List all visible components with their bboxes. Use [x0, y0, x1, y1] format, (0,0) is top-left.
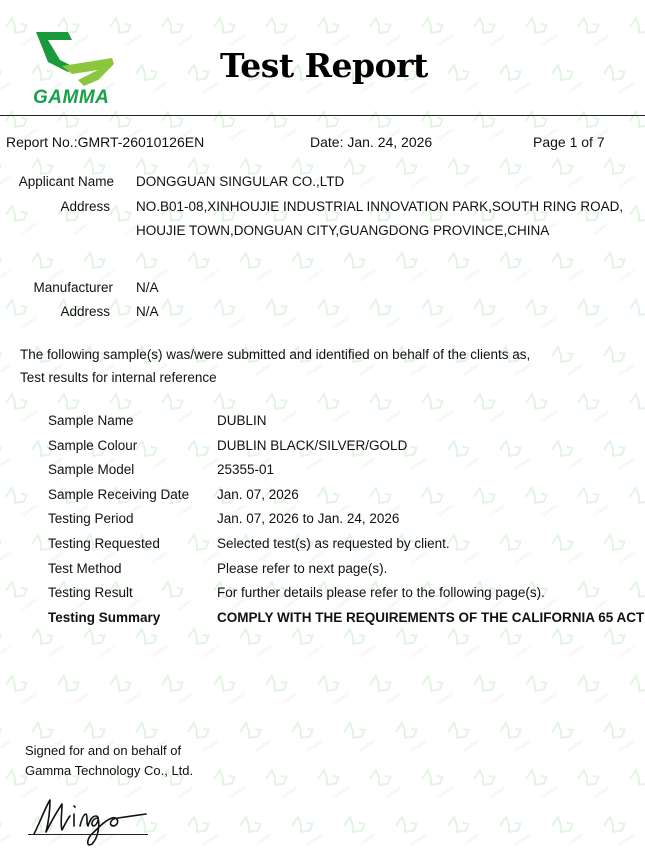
svg-text:GAMMA: GAMMA: [488, 409, 507, 425]
svg-text:GAMMA: GAMMA: [410, 738, 429, 754]
svg-text:GAMMA: GAMMA: [306, 738, 325, 754]
svg-text:GAMMA: GAMMA: [592, 221, 611, 237]
svg-text:GAMMA: GAMMA: [618, 738, 637, 754]
svg-text:GAMMA: GAMMA: [202, 738, 221, 754]
svg-text:GAMMA: GAMMA: [410, 0, 429, 2]
svg-text:GAMMA: GAMMA: [436, 127, 455, 143]
svg-text:GAMMA: GAMMA: [384, 691, 403, 707]
svg-text:GAMMA: GAMMA: [0, 362, 14, 378]
svg-text:GAMMA: GAMMA: [540, 33, 559, 49]
sample-row-value: Jan. 07, 2026: [217, 487, 299, 502]
svg-text:GAMMA: GAMMA: [280, 409, 299, 425]
intro-line2: Test results for internal reference: [20, 370, 217, 385]
svg-text:GAMMA: GAMMA: [20, 221, 39, 237]
svg-text:GAMMA: GAMMA: [254, 268, 273, 284]
svg-text:GAMMA: GAMMA: [98, 0, 117, 2]
sample-row-value: For further details please refer to the …: [217, 585, 545, 600]
svg-text:GAMMA: GAMMA: [20, 503, 39, 519]
svg-text:GAMMA: GAMMA: [410, 362, 429, 378]
signature-image: [28, 792, 158, 850]
svg-text:GAMMA: GAMMA: [358, 644, 377, 660]
svg-text:GAMMA: GAMMA: [98, 644, 117, 660]
sample-row-value: DUBLIN BLACK/SILVER/GOLD: [217, 438, 407, 453]
svg-text:GAMMA: GAMMA: [566, 644, 585, 660]
svg-text:GAMMA: GAMMA: [514, 0, 533, 2]
svg-text:GAMMA: GAMMA: [254, 0, 273, 2]
svg-text:GAMMA: GAMMA: [410, 832, 429, 848]
svg-text:GAMMA: GAMMA: [514, 80, 533, 96]
signature-line2: Gamma Technology Co., Ltd.: [25, 763, 193, 778]
svg-text:GAMMA: GAMMA: [592, 33, 611, 49]
svg-text:GAMMA: GAMMA: [514, 362, 533, 378]
sample-row-value: Selected test(s) as requested by client.: [217, 536, 450, 551]
sample-row-label: Testing Result: [48, 585, 133, 600]
svg-text:GAMMA: GAMMA: [462, 550, 481, 566]
svg-text:GAMMA: GAMMA: [540, 691, 559, 707]
svg-text:GAMMA: GAMMA: [0, 174, 14, 190]
sample-row-value: Please refer to next page(s).: [217, 561, 387, 576]
svg-text:GAMMA: GAMMA: [592, 691, 611, 707]
svg-text:GAMMA: GAMMA: [358, 174, 377, 190]
svg-text:GAMMA: GAMMA: [488, 315, 507, 331]
svg-text:GAMMA: GAMMA: [0, 550, 14, 566]
svg-text:GAMMA: GAMMA: [410, 644, 429, 660]
svg-text:GAMMA: GAMMA: [618, 174, 637, 190]
svg-text:GAMMA: GAMMA: [462, 644, 481, 660]
sample-row-value: 25355-01: [217, 462, 274, 477]
intro-line1: The following sample(s) was/were submitt…: [20, 347, 530, 362]
svg-text:GAMMA: GAMMA: [384, 785, 403, 801]
svg-text:GAMMA: GAMMA: [358, 0, 377, 2]
manufacturer-label: Manufacturer: [33, 280, 113, 295]
svg-text:GAMMA: GAMMA: [0, 456, 14, 472]
svg-text:GAMMA: GAMMA: [436, 33, 455, 49]
svg-text:GAMMA: GAMMA: [462, 268, 481, 284]
svg-text:GAMMA: GAMMA: [618, 550, 637, 566]
svg-text:GAMMA: GAMMA: [566, 0, 585, 2]
svg-text:GAMMA: GAMMA: [462, 174, 481, 190]
svg-text:GAMMA: GAMMA: [20, 409, 39, 425]
svg-text:GAMMA: GAMMA: [20, 597, 39, 613]
sample-row-label: Sample Model: [48, 462, 134, 477]
svg-text:GAMMA: GAMMA: [176, 785, 195, 801]
svg-text:GAMMA: GAMMA: [254, 738, 273, 754]
svg-text:GAMMA: GAMMA: [202, 80, 221, 96]
svg-text:GAMMA: GAMMA: [0, 268, 14, 284]
svg-text:GAMMA: GAMMA: [46, 0, 65, 2]
svg-text:GAMMA: GAMMA: [514, 644, 533, 660]
svg-text:GAMMA: GAMMA: [488, 33, 507, 49]
svg-text:GAMMA: GAMMA: [592, 503, 611, 519]
svg-text:GAMMA: GAMMA: [358, 738, 377, 754]
svg-text:GAMMA: GAMMA: [488, 503, 507, 519]
svg-text:GAMMA: GAMMA: [228, 691, 247, 707]
sample-row-label: Testing Period: [48, 511, 134, 526]
svg-text:GAMMA: GAMMA: [488, 785, 507, 801]
svg-text:GAMMA: GAMMA: [176, 691, 195, 707]
sample-row-label: Sample Receiving Date: [48, 487, 189, 502]
svg-text:GAMMA: GAMMA: [566, 80, 585, 96]
svg-text:GAMMA: GAMMA: [540, 503, 559, 519]
signature-line: [28, 834, 148, 835]
manufacturer-address-label: Address: [60, 304, 110, 319]
svg-text:GAMMA: GAMMA: [0, 738, 14, 754]
page-indicator: Page 1 of 7: [533, 134, 605, 150]
svg-text:GAMMA: GAMMA: [0, 0, 14, 2]
applicant-address-line1: NO.B01-08,XINHOUJIE INDUSTRIAL INNOVATIO…: [136, 199, 623, 214]
svg-text:GAMMA: GAMMA: [566, 362, 585, 378]
svg-text:GAMMA: GAMMA: [592, 785, 611, 801]
applicant-address-label: Address: [60, 199, 110, 214]
svg-text:GAMMA: GAMMA: [410, 174, 429, 190]
svg-text:GAMMA: GAMMA: [358, 832, 377, 848]
svg-text:GAMMA: GAMMA: [566, 268, 585, 284]
svg-text:GAMMA: GAMMA: [384, 315, 403, 331]
svg-text:GAMMA: GAMMA: [488, 127, 507, 143]
svg-text:GAMMA: GAMMA: [228, 127, 247, 143]
svg-text:GAMMA: GAMMA: [280, 785, 299, 801]
svg-text:GAMMA: GAMMA: [540, 409, 559, 425]
svg-text:GAMMA: GAMMA: [540, 785, 559, 801]
page-title: Test Report: [220, 46, 428, 85]
svg-text:GAMMA: GAMMA: [618, 362, 637, 378]
svg-text:GAMMA: GAMMA: [150, 80, 169, 96]
svg-text:GAMMA: GAMMA: [72, 221, 91, 237]
svg-text:GAMMA: GAMMA: [176, 315, 195, 331]
svg-text:GAMMA: GAMMA: [514, 174, 533, 190]
svg-text:GAMMA: GAMMA: [488, 691, 507, 707]
svg-text:GAMMA: GAMMA: [280, 691, 299, 707]
svg-text:GAMMA: GAMMA: [566, 174, 585, 190]
svg-text:GAMMA: GAMMA: [384, 409, 403, 425]
svg-text:GAMMA: GAMMA: [306, 0, 325, 2]
svg-text:GAMMA: GAMMA: [0, 80, 14, 96]
svg-text:GAMMA: GAMMA: [306, 362, 325, 378]
svg-text:GAMMA: GAMMA: [514, 456, 533, 472]
svg-text:GAMMA: GAMMA: [46, 644, 65, 660]
signature-line1: Signed for and on behalf of: [25, 743, 181, 758]
svg-text:GAMMA: GAMMA: [124, 691, 143, 707]
applicant-address-line2: HOUJIE TOWN,DONGUAN CITY,GUANGDONG PROVI…: [136, 223, 549, 238]
svg-text:GAMMA: GAMMA: [566, 832, 585, 848]
svg-text:GAMMA: GAMMA: [462, 0, 481, 2]
svg-text:GAMMA: GAMMA: [410, 456, 429, 472]
svg-text:GAMMA: GAMMA: [618, 80, 637, 96]
svg-text:GAMMA: GAMMA: [254, 362, 273, 378]
svg-text:GAMMA: GAMMA: [410, 268, 429, 284]
sample-row-label: Sample Name: [48, 413, 134, 428]
svg-text:GAMMA: GAMMA: [332, 691, 351, 707]
svg-text:GAMMA: GAMMA: [618, 0, 637, 2]
sample-row-label: Testing Summary: [48, 610, 160, 625]
svg-text:GAMMA: GAMMA: [332, 409, 351, 425]
svg-text:GAMMA: GAMMA: [462, 456, 481, 472]
sample-row-value: DUBLIN: [217, 413, 267, 428]
svg-text:GAMMA: GAMMA: [410, 550, 429, 566]
svg-text:GAMMA: GAMMA: [462, 832, 481, 848]
svg-text:GAMMA: GAMMA: [0, 832, 14, 848]
svg-text:GAMMA: GAMMA: [202, 644, 221, 660]
svg-text:GAMMA: GAMMA: [566, 550, 585, 566]
svg-text:GAMMA: GAMMA: [514, 550, 533, 566]
svg-text:GAMMA: GAMMA: [254, 644, 273, 660]
sample-row-value: Jan. 07, 2026 to Jan. 24, 2026: [217, 511, 399, 526]
svg-text:GAMMA: GAMMA: [462, 362, 481, 378]
svg-text:GAMMA: GAMMA: [20, 691, 39, 707]
svg-text:GAMMA: GAMMA: [228, 785, 247, 801]
svg-text:GAMMA: GAMMA: [358, 456, 377, 472]
svg-text:GAMMA: GAMMA: [72, 691, 91, 707]
svg-text:GAMMA: GAMMA: [358, 362, 377, 378]
svg-text:GAMMA: GAMMA: [566, 456, 585, 472]
svg-text:GAMMA: GAMMA: [592, 315, 611, 331]
svg-text:GAMMA: GAMMA: [20, 315, 39, 331]
svg-text:GAMMA: GAMMA: [306, 832, 325, 848]
svg-text:GAMMA: GAMMA: [618, 456, 637, 472]
svg-text:GAMMA: GAMMA: [618, 268, 637, 284]
svg-text:GAMMA: GAMMA: [566, 738, 585, 754]
svg-text:GAMMA: GAMMA: [514, 738, 533, 754]
svg-text:GAMMA: GAMMA: [332, 315, 351, 331]
svg-text:GAMMA: GAMMA: [306, 456, 325, 472]
svg-text:GAMMA: GAMMA: [176, 597, 195, 613]
svg-text:GAMMA: GAMMA: [202, 268, 221, 284]
svg-text:GAMMA: GAMMA: [436, 503, 455, 519]
svg-text:GAMMA: GAMMA: [228, 315, 247, 331]
header-divider: [0, 115, 645, 116]
sample-row-label: Sample Colour: [48, 438, 137, 453]
svg-text:GAMMA: GAMMA: [618, 832, 637, 848]
manufacturer-address-value: N/A: [136, 304, 159, 319]
svg-text:GAMMA: GAMMA: [202, 832, 221, 848]
svg-text:GAMMA: GAMMA: [176, 503, 195, 519]
svg-text:GAMMA: GAMMA: [436, 315, 455, 331]
svg-text:GAMMA: GAMMA: [150, 550, 169, 566]
svg-text:GAMMA: GAMMA: [358, 268, 377, 284]
svg-text:GAMMA: GAMMA: [436, 691, 455, 707]
applicant-name-value: DONGGUAN SINGULAR CO.,LTD: [136, 174, 344, 189]
svg-text:GAMMA: GAMMA: [176, 409, 195, 425]
brand-name: GAMMA: [33, 87, 109, 109]
svg-text:GAMMA: GAMMA: [202, 0, 221, 2]
sample-row-label: Test Method: [48, 561, 122, 576]
svg-text:GAMMA: GAMMA: [332, 785, 351, 801]
svg-text:GAMMA: GAMMA: [176, 33, 195, 49]
svg-text:GAMMA: GAMMA: [280, 127, 299, 143]
svg-text:GAMMA: GAMMA: [540, 315, 559, 331]
svg-text:GAMMA: GAMMA: [462, 738, 481, 754]
svg-text:GAMMA: GAMMA: [514, 268, 533, 284]
svg-text:GAMMA: GAMMA: [436, 409, 455, 425]
report-number: Report No.:GMRT-26010126EN: [6, 134, 204, 150]
svg-text:GAMMA: GAMMA: [150, 0, 169, 2]
svg-text:GAMMA: GAMMA: [254, 832, 273, 848]
svg-text:GAMMA: GAMMA: [436, 785, 455, 801]
applicant-name-label: Applicant Name: [19, 174, 114, 189]
svg-text:GAMMA: GAMMA: [306, 644, 325, 660]
svg-text:GAMMA: GAMMA: [280, 315, 299, 331]
svg-text:GAMMA: GAMMA: [514, 832, 533, 848]
report-date: Date: Jan. 24, 2026: [310, 134, 432, 150]
svg-text:GAMMA: GAMMA: [150, 456, 169, 472]
svg-text:GAMMA: GAMMA: [462, 80, 481, 96]
svg-text:GAMMA: GAMMA: [592, 409, 611, 425]
svg-text:GAMMA: GAMMA: [306, 268, 325, 284]
manufacturer-value: N/A: [136, 280, 159, 295]
svg-text:GAMMA: GAMMA: [150, 644, 169, 660]
svg-text:GAMMA: GAMMA: [618, 644, 637, 660]
sample-row-value: COMPLY WITH THE REQUIREMENTS OF THE CALI…: [217, 610, 644, 625]
svg-text:GAMMA: GAMMA: [124, 33, 143, 49]
svg-text:GAMMA: GAMMA: [0, 644, 14, 660]
sample-row-label: Testing Requested: [48, 536, 160, 551]
